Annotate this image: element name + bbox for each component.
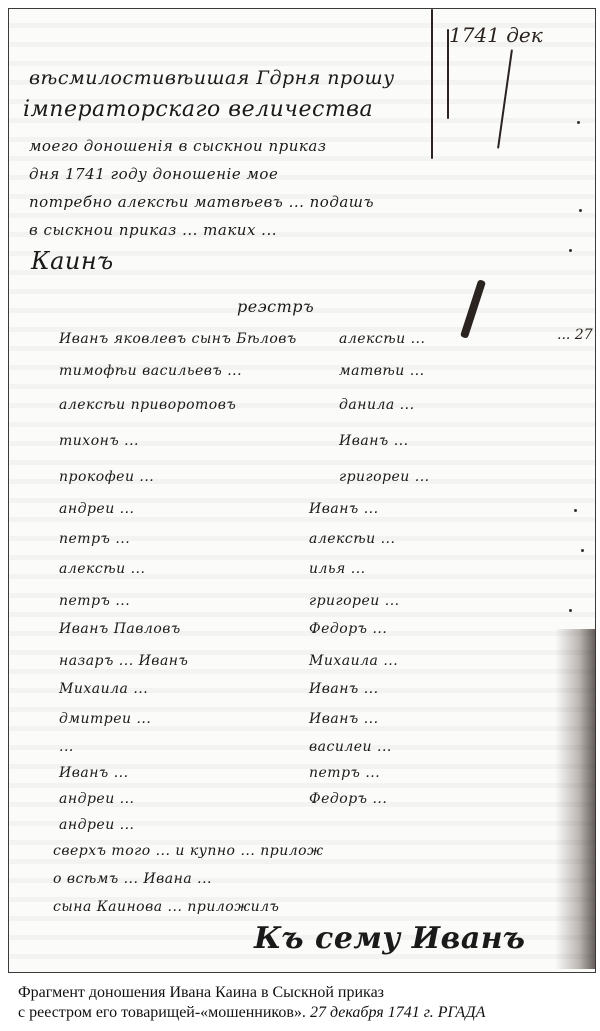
caption-line-1: Фрагмент доношения Ивана Каина в Сыскной… [18,983,598,1003]
signature: Къ сему Иванъ [254,921,525,956]
header-line-6: в сыскнои приказ ... таких ... [29,221,277,239]
register-row-left: тимофѣи васильевъ ... [59,363,242,379]
pen-stroke [431,9,433,159]
ink-speck [569,609,572,612]
caption-line-2-text: с реестром его товарищей-«мошенников». [18,1004,306,1021]
header-line-2: імператорскаго величества [23,97,373,122]
register-title: реэстръ [237,297,314,316]
register-row-right: Федоръ ... [309,621,387,637]
register-row-left: Михаила ... [59,681,148,697]
register-row-left: петръ ... [59,593,130,609]
register-row-left: петръ ... [59,531,130,547]
register-row-left: назаръ ... Иванъ [59,653,188,669]
caption-line-2: с реестром его товарищей-«мошенников». 2… [18,1003,598,1023]
ink-speck [574,509,577,512]
header-line-4: дня 1741 году доношеніе мое [29,165,278,183]
marginal-note-top-right: 1741 дек [449,23,543,47]
register-row-right: Иванъ ... [309,681,379,697]
marginal-note-right: ... 27 ... [557,327,596,343]
register-row-left: андреи ... [59,501,135,517]
register-row-left: Иванъ яковлевъ сынъ Бѣловъ [59,331,297,347]
register-row-left: ... [59,739,74,755]
register-row-left: андреи ... [59,817,135,833]
register-row-right: Иванъ ... [309,501,379,517]
register-row-right: алексѣи ... [309,531,395,547]
ink-speck [577,121,580,124]
register-row-right: алексѣи ... [339,331,425,347]
register-row-right: григореи ... [339,469,430,485]
ink-speck [581,549,584,552]
register-row-right: данила ... [339,397,415,413]
register-row-right: петръ ... [309,765,380,781]
register-row-left: алексѣи приворотовъ [59,397,236,413]
register-row-right: илья ... [309,561,366,577]
caption-date-source: 27 декабря 1741 г. РГАДА [310,1004,485,1021]
header-line-1: вѣсмилостивѣишая Гдрня прошу [29,67,395,89]
register-row-right: Иванъ ... [339,433,409,449]
ink-speck [579,209,582,212]
figure-caption: Фрагмент доношения Ивана Каина в Сыскной… [18,983,598,1023]
register-row-right: Федоръ ... [309,791,387,807]
register-row-right: матвѣи ... [339,363,425,379]
closing-line-1: сверхъ того ... и купно ... прилож [53,843,324,859]
scan-edge-shadow [555,629,595,969]
ink-speck [569,249,572,252]
register-row-left: Иванъ ... [59,765,129,781]
register-row-right: Иванъ ... [309,711,379,727]
closing-line-2: о всѣмъ ... Ивана ... [53,871,212,887]
register-row-left: андреи ... [59,791,135,807]
manuscript-scan: 1741 дек вѣсмилостивѣишая Гдрня прошу ім… [8,8,596,973]
register-row-left: прокофеи ... [59,469,154,485]
header-line-5: потребно алексѣи матвѣевъ ... подашъ [29,193,374,211]
header-line-7: Каинъ [31,247,114,275]
register-row-right: Михаила ... [309,653,398,669]
register-row-right: григореи ... [309,593,400,609]
register-row-left: дмитреи ... [59,711,151,727]
header-line-3: моего доношенія в сыскнои приказ [29,137,326,155]
closing-line-3: сына Каинова ... приложилъ [53,899,279,915]
pen-stroke [447,29,449,119]
register-row-left: Иванъ Павловъ [59,621,181,637]
register-row-right: василеи ... [309,739,392,755]
register-row-left: тихонъ ... [59,433,139,449]
register-row-left: алексѣи ... [59,561,145,577]
